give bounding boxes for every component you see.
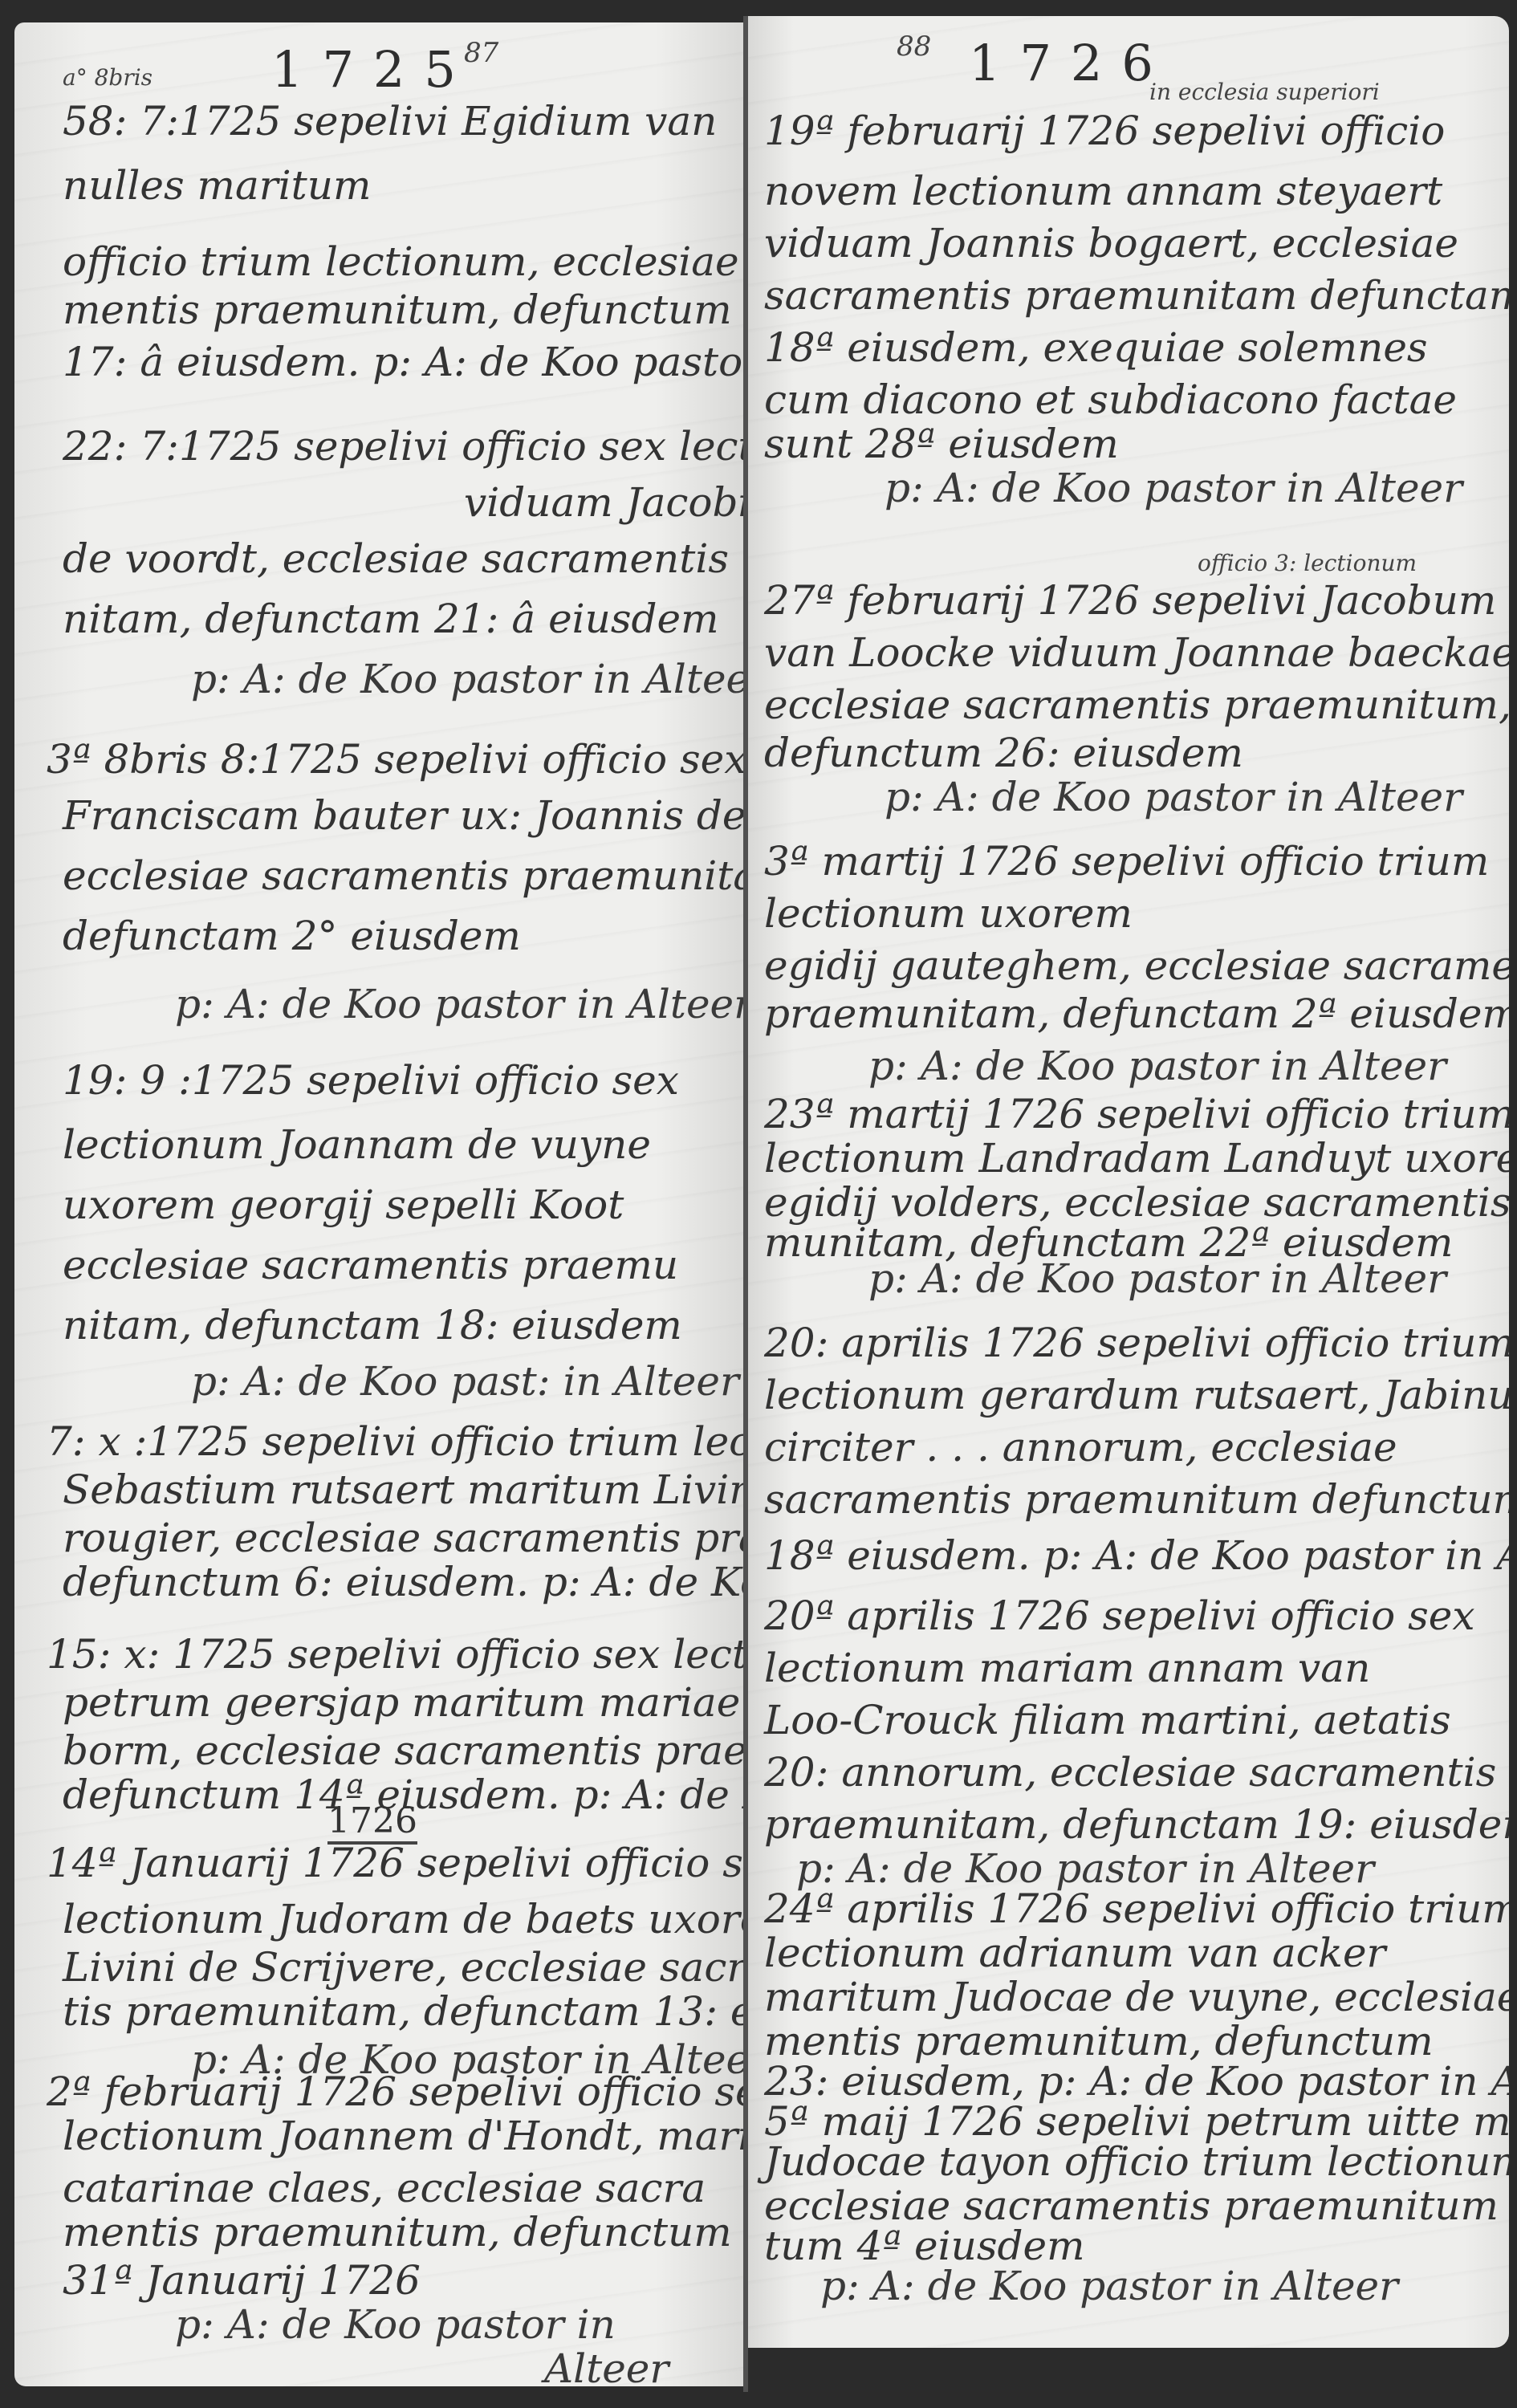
page-number: 87	[464, 37, 498, 69]
entry-line: 3ª martij 1726 sepelivi officio trium	[764, 839, 1489, 884]
entry-line: petrum geersjap maritum mariae	[63, 1680, 740, 1725]
open-register-book: a° 8bris 1725 87 58: 7:1725 sepelivi Egi…	[14, 16, 1509, 2388]
entry-line: 2ª februarij 1726 sepelivi officio sex	[47, 2069, 743, 2114]
entry-line: 23: eiusdem, p: A: de Koo pastor in Alte…	[764, 2059, 1509, 2104]
entry-line: novem lectionum annam steyaert	[764, 169, 1442, 214]
entry-line: egidij volders, ecclesiae sacramentis pr…	[764, 1180, 1509, 1225]
entry-line: nitam, defunctam 21: â eiusdem	[63, 596, 719, 641]
entry-line: 22: 7:1725 sepelivi officio sex lectio	[63, 424, 743, 469]
entry-line: tis praemunitam, defunctam 13: eius	[63, 1989, 743, 2034]
entry-line: van Loocke viduum Joannae baeckaert	[764, 630, 1509, 675]
entry-line: 15: x: 1725 sepelivi officio sex lection…	[47, 1632, 743, 1677]
entry-line: viduam Joannis bogaert, ecclesiae	[764, 221, 1458, 266]
entry-line: 3ª 8bris 8:1725 sepelivi officio sex lec…	[47, 737, 743, 782]
entry-line: 20: annorum, ecclesiae sacramentis	[764, 1750, 1496, 1795]
entry-line: mentis praemunitum, defunctum	[764, 2019, 1434, 2064]
entry-line: lectionum Judoram de baets uxorem	[63, 1897, 743, 1942]
entry-line: praemunitam, defunctam 2ª eiusdem	[764, 991, 1509, 1036]
entry-line: borm, ecclesiae sacramentis praemunitum	[63, 1728, 743, 1773]
entry-line: nitam, defunctam 18: eiusdem	[63, 1303, 682, 1348]
entry-line: 19: 9 :1725 sepelivi officio sex	[63, 1058, 679, 1103]
entry-line: ecclesiae sacramentis praemu	[63, 1243, 678, 1287]
entry-line: defunctum 26: eiusdem	[764, 730, 1243, 775]
entry-line: de voordt, ecclesiae sacramentis praemu	[63, 536, 743, 581]
entry-line: 31ª Januarij 1726	[63, 2258, 421, 2303]
entry-line: uxorem georgij sepelli Koot	[63, 1182, 624, 1227]
entry-line: 27ª februarij 1726 sepelivi Jacobum	[764, 578, 1496, 623]
pastor-signature: p: A: de Koo pastor in Alteer	[885, 466, 1462, 510]
year-heading: 1726	[969, 34, 1173, 92]
entry-line: officio trium lectionum, ecclesiae sacra	[63, 239, 743, 284]
pastor-signature: p: A: de Koo pastor in Alteer	[796, 1846, 1374, 1891]
pastor-signature: p: A: de Koo pastor in Alteer	[820, 2264, 1398, 2308]
entry-line: praemunitam, defunctam 19: eiusdem	[764, 1802, 1509, 1847]
entry-line: circiter . . . annorum, ecclesiae	[764, 1425, 1397, 1470]
entry-line: Loo-Crouck filiam martini, aetatis	[764, 1698, 1451, 1743]
entry-line: defunctum 6: eiusdem. p: A: de Koo past …	[63, 1560, 743, 1605]
entry-line: lectionum Joannam de vuyne	[63, 1122, 651, 1167]
pastor-signature: p: A: de Koo pastor in Alteer	[885, 775, 1462, 820]
margin-note: in ecclesia superiori	[1149, 79, 1380, 105]
entry-line: catarinae claes, ecclesiae sacra	[63, 2166, 706, 2211]
entry-line: Livini de Scrijvere, ecclesiae sacram	[63, 1945, 743, 1990]
pastor-signature-place: Alteer	[544, 2346, 669, 2386]
entry-line: 14ª Januarij 1726 sepelivi officio sex	[47, 1841, 743, 1885]
entry-line: Judocae tayon officio trium lectionum,	[764, 2139, 1509, 2184]
left-page: a° 8bris 1725 87 58: 7:1725 sepelivi Egi…	[14, 22, 743, 2386]
pastor-signature: p: A: de Koo pastor in	[175, 2302, 616, 2347]
entry-line: 18ª eiusdem, exequiae solemnes	[764, 325, 1428, 370]
entry-line: tum 4ª eiusdem	[764, 2223, 1085, 2268]
entry-line: ecclesiae sacramentis praemunitam,	[63, 853, 743, 898]
entry-line: 19ª februarij 1726 sepelivi officio	[764, 108, 1445, 153]
entry-line: mentis praemunitum, defunctum	[63, 2210, 732, 2255]
entry-line: viduam Jacobi	[464, 480, 743, 525]
entry-line: 18ª eiusdem. p: A: de Koo pastor in Alte…	[764, 1533, 1509, 1578]
entry-line: nulles maritum	[63, 163, 371, 208]
entry-line: 23ª martij 1726 sepelivi officio trium	[764, 1092, 1509, 1137]
entry-line: maritum Judocae de vuyne, ecclesiae sacr…	[764, 1975, 1509, 2020]
entry-line: defunctam 2° eiusdem	[63, 913, 521, 958]
entry-line: 17: â eiusdem. p: A: de Koo pastor	[63, 340, 743, 384]
entry-line: lectionum adrianum van acker	[764, 1930, 1385, 1975]
entry-line: lectionum Joannem d'Hondt, maritum	[63, 2113, 743, 2158]
entry-line: lectionum gerardum rutsaert, Jabinum	[764, 1373, 1509, 1418]
entry-line: ecclesiae sacramentis praemunitum,	[764, 682, 1509, 727]
year-heading: 1725	[271, 40, 475, 99]
entry-line: lectionum Landradam Landuyt uxorem	[764, 1136, 1509, 1181]
entry-line: 7: x :1725 sepelivi officio trium lectio…	[47, 1419, 743, 1464]
entry-line: sacramentis praemunitam defunctam	[764, 273, 1509, 318]
entry-line: 20ª aprilis 1726 sepelivi officio sex	[764, 1593, 1475, 1638]
pastor-signature: p: A: de Koo pastor in Alteer	[868, 1256, 1446, 1301]
entry-line: 20: aprilis 1726 sepelivi officio trium	[764, 1320, 1509, 1365]
margin-note: a° 8bris	[63, 64, 153, 91]
entry-line: 58: 7:1725 sepelivi Egidium van	[63, 99, 717, 144]
pastor-signature: p: A: de Koo pastor in Alteer	[191, 657, 743, 702]
entry-line: lectionum uxorem	[764, 891, 1133, 936]
entry-line: egidij gauteghem, ecclesiae sacramentis	[764, 943, 1509, 988]
pastor-signature: p: A: de Koo past: in Alteer	[191, 1359, 739, 1404]
entry-line: mentis praemunitum, defunctum	[63, 287, 732, 332]
right-page: 88 1726 in ecclesia superiori 19ª februa…	[748, 16, 1509, 2348]
entry-line: lectionum mariam annam van	[764, 1645, 1370, 1690]
entry-line: 24ª aprilis 1726 sepelivi officio trium	[764, 1886, 1509, 1931]
entry-line: rougier, ecclesiae sacramentis praemunit…	[63, 1515, 743, 1560]
entry-line: sunt 28ª eiusdem	[764, 421, 1119, 466]
entry-line: Franciscam bauter ux: Joannis de Koo	[63, 793, 743, 838]
entry-line: sacramentis praemunitum defunctum	[764, 1477, 1509, 1522]
pastor-signature: p: A: de Koo pastor in Alteer	[175, 982, 743, 1027]
entry-line: 5ª maij 1726 sepelivi petrum uitte marit…	[764, 2099, 1509, 2144]
entry-line: ecclesiae sacramentis praemunitum defunc	[764, 2183, 1509, 2228]
margin-note: officio 3: lectionum	[1198, 550, 1417, 576]
year-divider: 1726	[327, 1800, 417, 1845]
entry-line: cum diacono et subdiacono factae	[764, 377, 1457, 422]
pastor-signature: p: A: de Koo pastor in Alteer	[868, 1043, 1446, 1088]
entry-line: Sebastium rutsaert maritum Livini	[63, 1467, 743, 1512]
page-number: 88	[897, 31, 931, 63]
